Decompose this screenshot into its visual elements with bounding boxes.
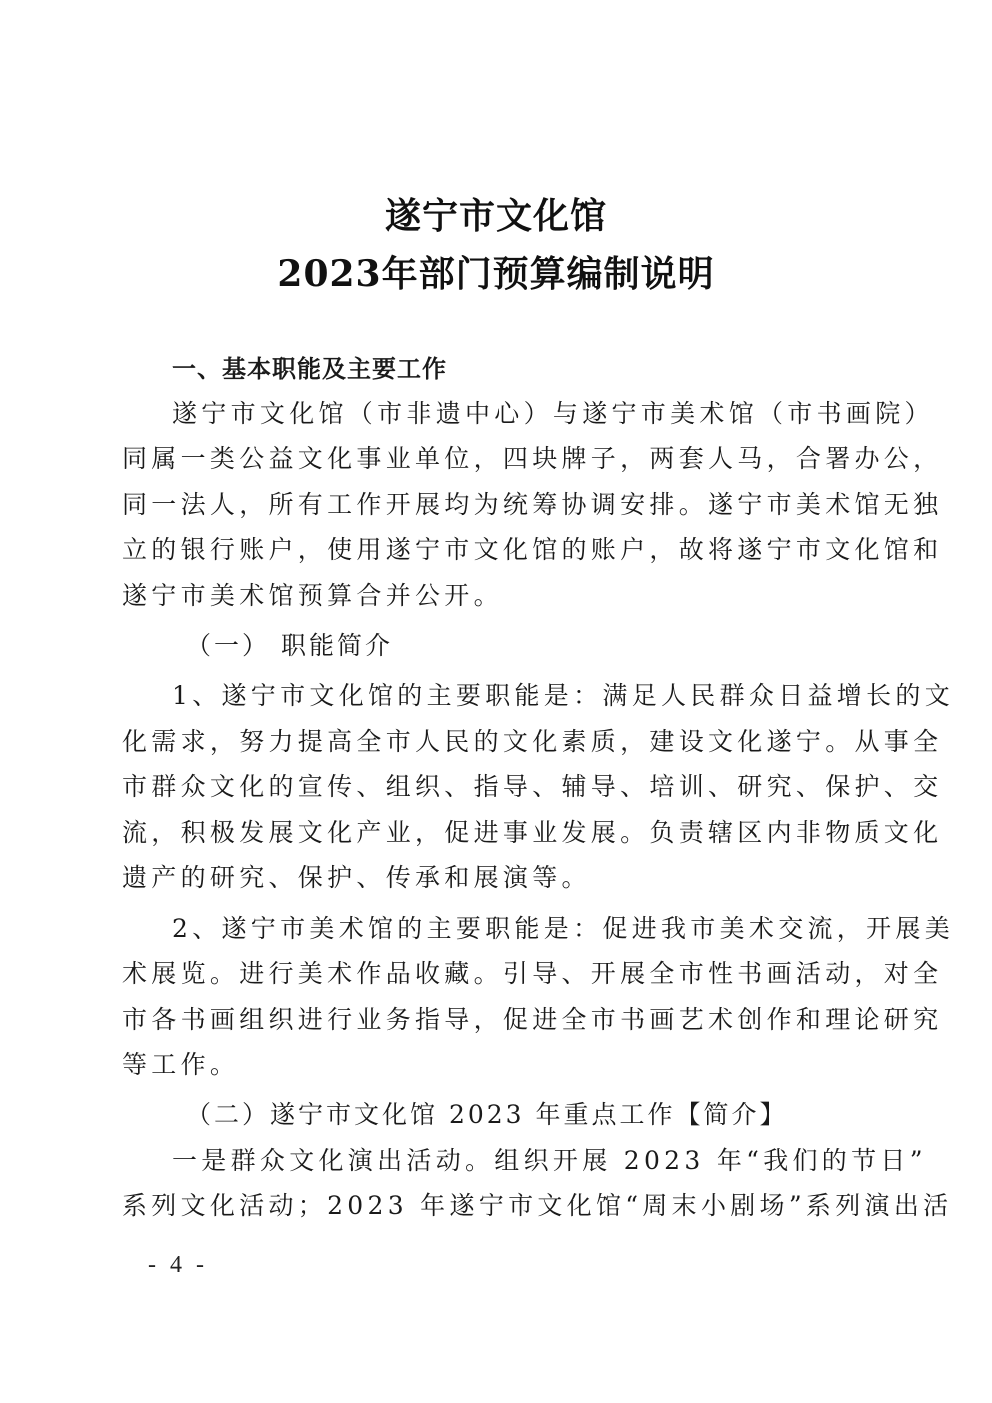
paragraph-line: 市群众文化的宣传、组织、指导、辅导、培训、研究、保护、交 [122, 770, 872, 804]
paragraph-line: 遂宁市美术馆预算合并公开。 [122, 579, 872, 613]
paragraph-line: 2、遂宁市美术馆的主要职能是：促进我市美术交流，开展美 [172, 912, 922, 946]
document-title-line2: 2023年部门预算编制说明 [0, 246, 992, 297]
paragraph-line: 遂宁市文化馆（市非遗中心）与遂宁市美术馆（市书画院） [172, 397, 922, 431]
subsection-heading: （二）遂宁市文化馆 2023 年重点工作【简介】 [186, 1098, 936, 1132]
paragraph-line: 立的银行账户，使用遂宁市文化馆的账户，故将遂宁市文化馆和 [122, 533, 872, 567]
document-title-line1: 遂宁市文化馆 [0, 188, 992, 239]
paragraph-line: 遗产的研究、保护、传承和展演等。 [122, 861, 872, 895]
paragraph-line: 1、遂宁市文化馆的主要职能是：满足人民群众日益增长的文 [172, 679, 922, 713]
paragraph-line: 系列文化活动；2023 年遂宁市文化馆“周末小剧场”系列演出活 [122, 1189, 872, 1223]
document-page: 遂宁市文化馆 2023年部门预算编制说明 一、基本职能及主要工作 遂宁市文化馆（… [0, 0, 992, 1403]
paragraph-line: 同一法人，所有工作开展均为统筹协调安排。遂宁市美术馆无独 [122, 488, 872, 522]
paragraph-line: 同属一类公益文化事业单位，四块牌子，两套人马，合署办公， [122, 442, 872, 476]
paragraph-line: 术展览。进行美术作品收藏。引导、开展全市性书画活动，对全 [122, 957, 872, 991]
paragraph-line: 化需求，努力提高全市人民的文化素质，建设文化遂宁。从事全 [122, 725, 872, 759]
paragraph-line: 流，积极发展文化产业，促进事业发展。负责辖区内非物质文化 [122, 816, 872, 850]
section-heading: 一、基本职能及主要工作 [172, 352, 922, 386]
paragraph-line: 市各书画组织进行业务指导，促进全市书画艺术创作和理论研究 [122, 1003, 872, 1037]
paragraph-line: 一是群众文化演出活动。组织开展 2023 年“我们的节日” [172, 1144, 922, 1178]
paragraph-line: 等工作。 [122, 1048, 872, 1082]
subsection-heading: （一） 职能简介 [186, 629, 936, 663]
page-number: - 4 - [148, 1252, 208, 1279]
